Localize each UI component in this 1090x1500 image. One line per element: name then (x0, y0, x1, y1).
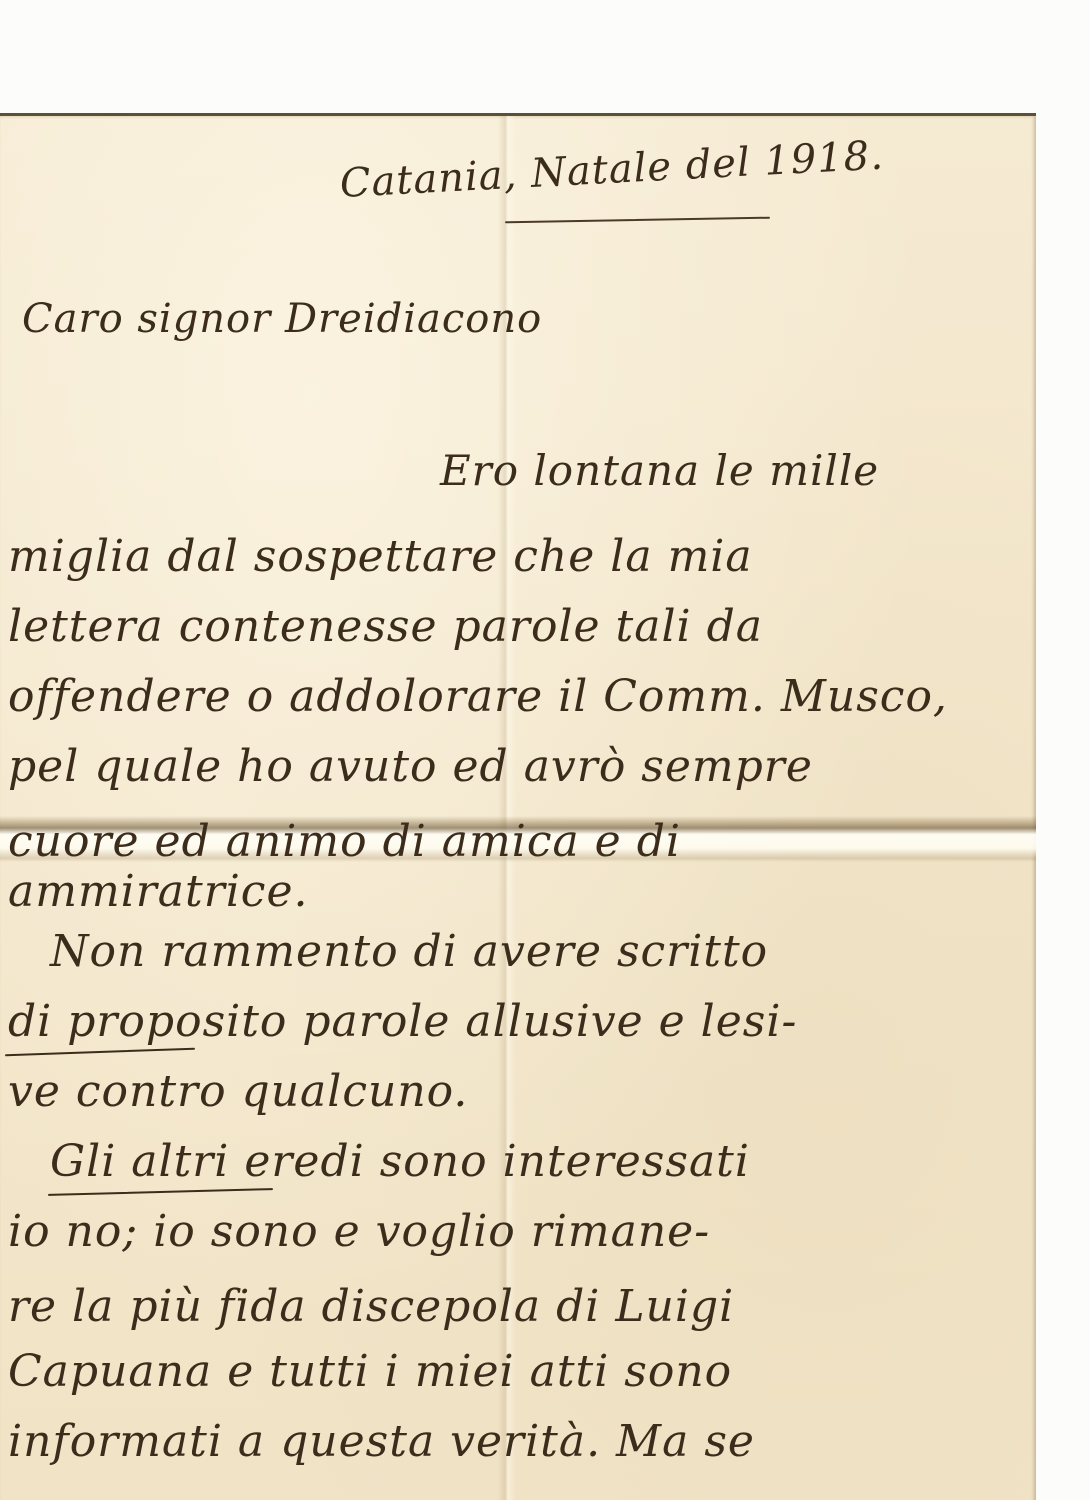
letter-line: di proposito parole allusive e lesi- (8, 996, 797, 1047)
letter-salutation: Caro signor Dreidiacono (22, 296, 542, 342)
phrase-underline (5, 1048, 195, 1057)
letter-line: re la più fida discepola di Luigi (8, 1281, 734, 1332)
letter-paper: Catania, Natale del 1918. Caro signor Dr… (0, 113, 1036, 1500)
letter-line: cuore ed animo di amica e di (8, 816, 681, 867)
phrase-underline (48, 1188, 273, 1196)
date-underline (505, 217, 770, 224)
letter-line: ve contro qualcuno. (8, 1066, 468, 1117)
letter-line: offendere o addolorare il Comm. Musco, (8, 671, 948, 722)
letter-line: Non rammento di avere scritto (50, 926, 768, 977)
letter-line: lettera contenesse parole tali da (8, 601, 763, 652)
scanned-page: Catania, Natale del 1918. Caro signor Dr… (0, 0, 1090, 1500)
letter-line: informati a questa verità. Ma se (8, 1416, 755, 1467)
letter-line: Capuana e tutti i miei atti sono (8, 1346, 732, 1397)
letter-line: Gli altri eredi sono interessati (50, 1136, 750, 1187)
letter-line: io no; io sono e voglio rimane- (8, 1206, 710, 1257)
letter-line: ammiratrice. (8, 866, 308, 917)
letter-line: miglia dal sospettare che la mia (8, 531, 753, 582)
letter-line: pel quale ho avuto ed avrò sempre (8, 741, 813, 792)
letter-line: Ero lontana le mille (440, 446, 879, 495)
letter-place-date: Catania, Natale del 1918. (339, 133, 885, 207)
